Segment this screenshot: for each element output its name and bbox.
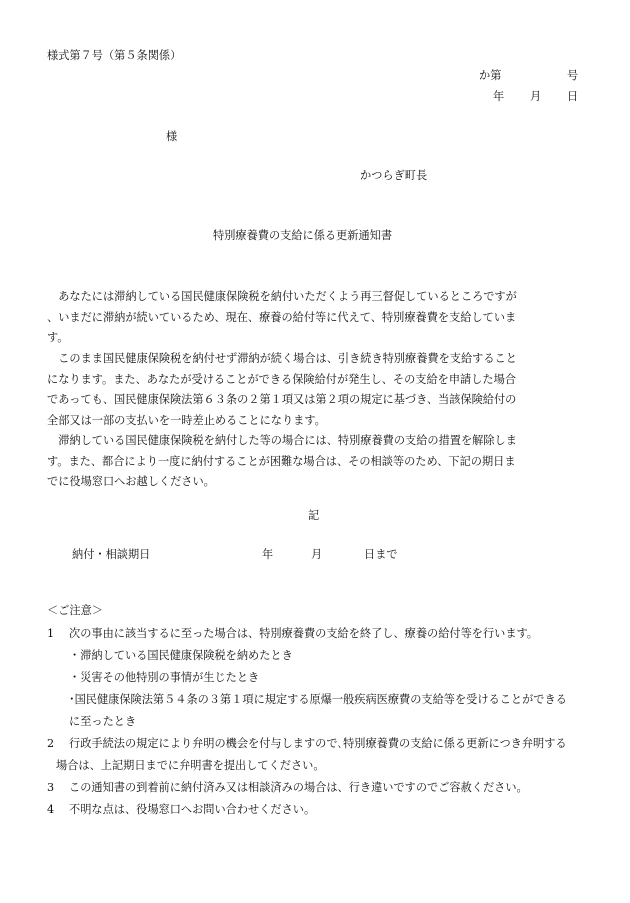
body-line: 滞納している国民健康保険税を納付した等の場合には、特別療養費の支給の措置を解除し… [47,431,587,452]
issuer: かつらぎ町長 [360,170,427,181]
body-line: す。 [47,328,587,349]
note-item-4-text: 不明な点は、役場窓口へお問い合わせください。 [69,804,315,815]
body-paragraph-1: あなたには滞納している国民健康保険税を納付いただくよう再三督促しているところです… [47,287,587,349]
note-item-2-text: 行政手続法の規定により弁明の機会を付与しますので､特別療養費の支給に係る更新につ… [69,738,567,749]
body-line: す。また、都合により一度に納付することが困難な場合は、その相談等のため、下記の期… [47,452,587,473]
note-item-3-text: この通知書の到着前に納付済み又は相談済みの場合は、行き違いですのでご容赦ください… [69,782,528,793]
document-title: 特別療養費の支給に係る更新通知書 [213,230,392,241]
body-line: 、いまだに滞納が続いているため、現在、療養の給付等に代えて、特別療養費を支給して… [47,308,587,329]
deadline-month: 月 [311,549,322,560]
note-bullet-continuation: に至ったとき [69,716,136,727]
ki-heading: 記 [308,510,319,521]
body-line: このまま国民健康保険税を納付せず滞納が続く場合は、引き続き特別療養費を支給するこ… [47,349,587,370]
note-item-1-text: 次の事由に該当するに至った場合は、特別療養費の支給を終了し、療養の給付等を行いま… [69,628,538,639]
body-paragraph-2: このまま国民健康保険税を納付せず滞納が続く場合は、引き続き特別療養費を支給するこ… [47,349,587,431]
body-line: 全部又は一部の支払いを一時差止めることになります。 [47,411,587,432]
addressee-suffix: 様 [166,131,177,142]
deadline-day-suffix: 日まで [364,549,398,560]
body-paragraph-3: 滞納している国民健康保険税を納付した等の場合には、特別療養費の支給の措置を解除し… [47,431,587,493]
note-bullet: ･国民健康保険法第５４条の３第１項に規定する原爆一般疾病医療費の支給等を受けるこ… [69,694,567,705]
note-item-2-number: 2 [47,738,54,749]
body-line: あなたには滞納している国民健康保険税を納付いただくよう再三督促しているところです… [47,287,587,308]
note-bullet: ・滞納している国民健康保険税を納めたとき [69,650,293,661]
ref-number-suffix: 号 [567,70,578,81]
body-line: になります。また、あなたが受けることができる保険給付が発生し、その支給を申請した… [47,370,587,391]
date-day: 日 [567,91,578,102]
note-item-3-number: 3 [47,782,54,793]
deadline-year: 年 [262,549,273,560]
form-label: 様式第７号（第５条関係） [47,50,181,61]
note-bullet: ・災害その他特別の事情が生じたとき [69,672,259,683]
deadline-label: 納付・相談期日 [72,549,150,560]
note-item-1-number: 1 [47,628,54,639]
notes-heading: ＜ご注意＞ [47,605,103,616]
note-item-2-continuation: 場合は、上記期日までに弁明書を提出してください。 [56,760,325,771]
note-item-4-number: 4 [47,804,54,815]
body-line: であっても、国民健康保険法第６３条の２第１項又は第２項の規定に基づき、当該保険給… [47,390,587,411]
ref-number-prefix: か第 [479,70,501,81]
date-month: 月 [530,91,541,102]
body-line: でに役場窓口へお越しください。 [47,472,587,493]
date-year: 年 [493,91,504,102]
